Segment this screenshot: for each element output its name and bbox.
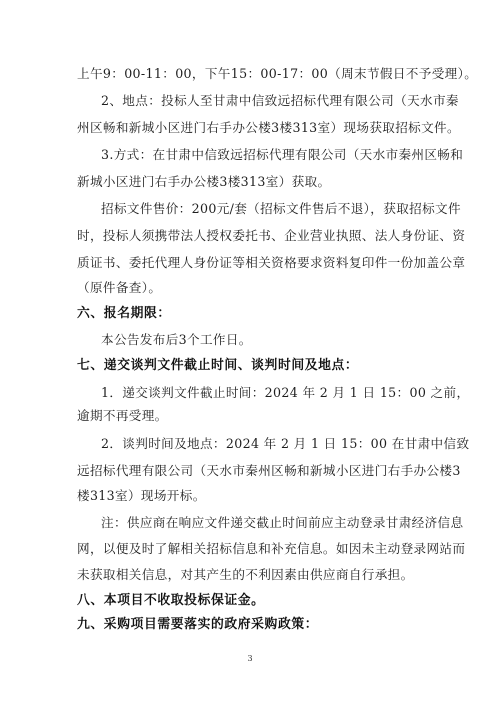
paragraph-line: 网，以便及时了解相关招标信息和补充信息。如因未主动登录网站而 [77, 541, 423, 557]
document-page: 上午9：00-11：00，下午15：00-17：00（周末节假日不予受理）。2、… [0, 0, 500, 706]
page-number: 3 [0, 654, 500, 663]
paragraph-line: 注：供应商在响应文件递交截止时间前应主动登录甘肃经济信息 [101, 515, 423, 531]
paragraph-line: 质证书、委托代理人身份证等相关资格要求资料复印件一份加盖公章 [77, 255, 423, 271]
paragraph-line: 本公告发布后3个工作日。 [101, 332, 423, 348]
paragraph-line: 1．递交谈判文件截止时间：2024 年 2 月 1 日 15：00 之前， [101, 385, 423, 401]
section-heading: 六、报名期限： [77, 306, 423, 322]
paragraph-line: 3.方式：在甘肃中信致远招标代理有限公司（天水市秦州区畅和 [101, 147, 423, 163]
paragraph-line: 时，投标人须携带法人授权委托书、企业营业执照、法人身份证、资 [77, 228, 423, 244]
paragraph-line: 新城小区进门右手办公楼3楼313室）获取。 [77, 174, 423, 190]
paragraph-line: 2．谈判时间及地点：2024 年 2 月 1 日 15：00 在甘肃中信致 [101, 436, 423, 452]
section-heading: 七、递交谈判文件截止时间、谈判时间及地点： [77, 358, 423, 374]
paragraph-line: 远招标代理有限公司（天水市秦州区畅和新城小区进门右手办公楼3 [77, 463, 423, 479]
paragraph-line: 上午9：00-11：00，下午15：00-17：00（周末节假日不予受理）。 [77, 66, 423, 82]
paragraph-line: 逾期不再受理。 [77, 408, 423, 424]
paragraph-line: 州区畅和新城小区进门右手办公楼3楼313室）现场获取招标文件。 [77, 120, 423, 136]
paragraph-line: 楼313室）现场开标。 [77, 488, 423, 504]
paragraph-line: （原件备查）。 [77, 280, 423, 296]
paragraph-line: 未获取相关信息，对其产生的不利因素由供应商自行承担。 [77, 567, 423, 583]
section-heading: 八、本项目不收取投标保证金。 [77, 593, 423, 609]
paragraph-line: 招标文件售价：200元/套（招标文件售后不退），获取招标文件 [101, 201, 423, 217]
paragraph-line: 2、地点：投标人至甘肃中信致远招标代理有限公司（天水市秦 [101, 93, 423, 109]
section-heading: 九、采购项目需要落实的政府采购政策： [77, 617, 423, 633]
